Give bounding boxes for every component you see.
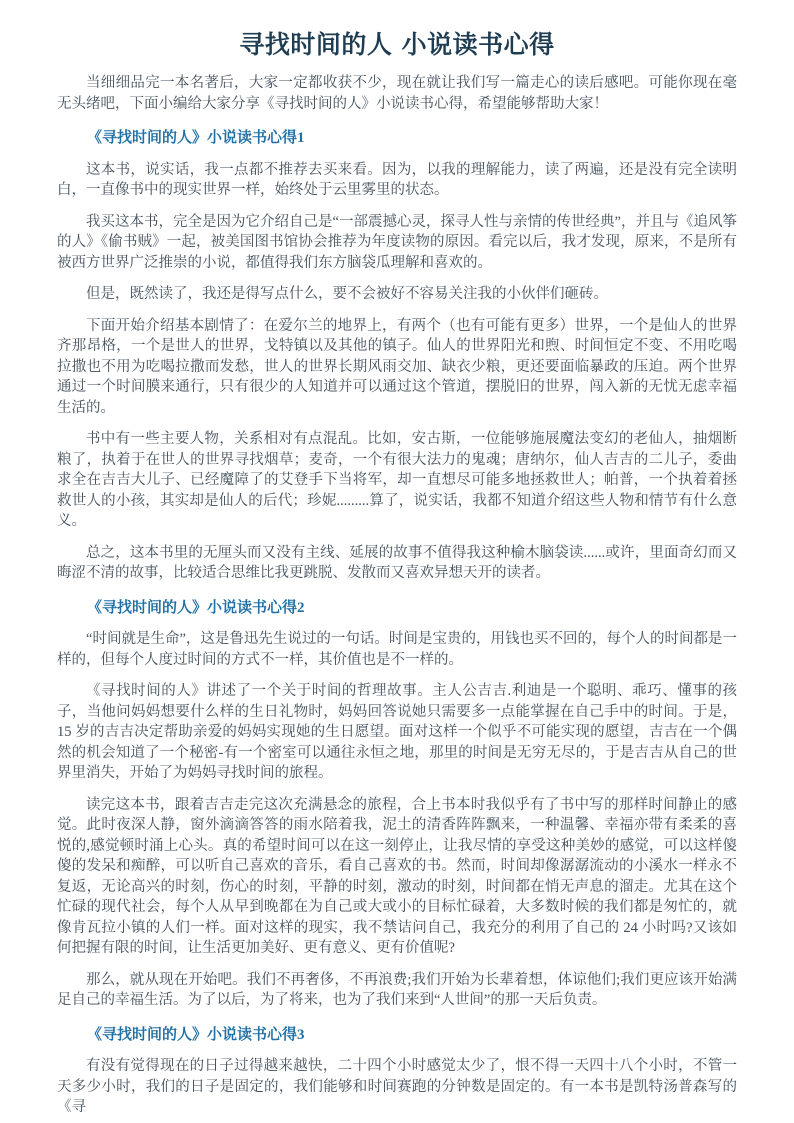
paragraph: 那么，就从现在开始吧。我们不再奢侈，不再浪费;我们开始为长辈着想，体谅他们;我们… [57,970,737,1011]
paragraph: 有没有觉得现在的日子过得越来越快，二十四个小时感觉太少了，恨不得一天四十八个小时… [57,1056,737,1118]
document-page: 寻找时间的人 小说读书心得 当细细品完一本名著后，大家一定都收获不少，现在就让我… [0,0,794,1123]
section-heading-1: 《寻找时间的人》小说读书心得1 [57,128,737,149]
paragraph: 读完这本书，跟着吉吉走完这次充满悬念的旅程，合上书本时我似乎有了书中写的那样时间… [57,795,737,959]
paragraph: 这本书，说实话，我一点都不推荐去买来看。因为，以我的理解能力，读了两遍，还是没有… [57,160,737,201]
section-heading-3: 《寻找时间的人》小说读书心得3 [57,1025,737,1046]
paragraph: 总之，这本书里的无厘头而又没有主线、延展的故事不值得我这种榆木脑袋读......… [57,543,737,584]
paragraph: 书中有一些主要人物，关系相对有点混乱。比如，安古斯，一位能够施展魔法变幻的老仙人… [57,429,737,532]
section-heading-2: 《寻找时间的人》小说读书心得2 [57,598,737,619]
paragraph: 《寻找时间的人》讲述了一个关于时间的哲理故事。主人公吉吉.利迪是一个聪明、乖巧、… [57,681,737,784]
intro-paragraph: 当细细品完一本名著后，大家一定都收获不少，现在就让我们写一篇走心的读后感吧。可能… [57,73,737,114]
paragraph: 但是，既然读了，我还是得写点什么，要不会被好不容易关注我的小伙伴们砸砖。 [57,284,737,305]
paragraph: 我买这本书，完全是因为它介绍自己是“一部震撼心灵，探寻人性与亲情的传世经典”，并… [57,212,737,274]
paragraph: “时间就是生命”，这是鲁迅先生说过的一句话。时间是宝贵的，用钱也买不回的，每个人… [57,629,737,670]
paragraph: 下面开始介绍基本剧情了：在爱尔兰的地界上，有两个（也有可能有更多）世界，一个是仙… [57,316,737,419]
document-title: 寻找时间的人 小说读书心得 [57,28,737,62]
